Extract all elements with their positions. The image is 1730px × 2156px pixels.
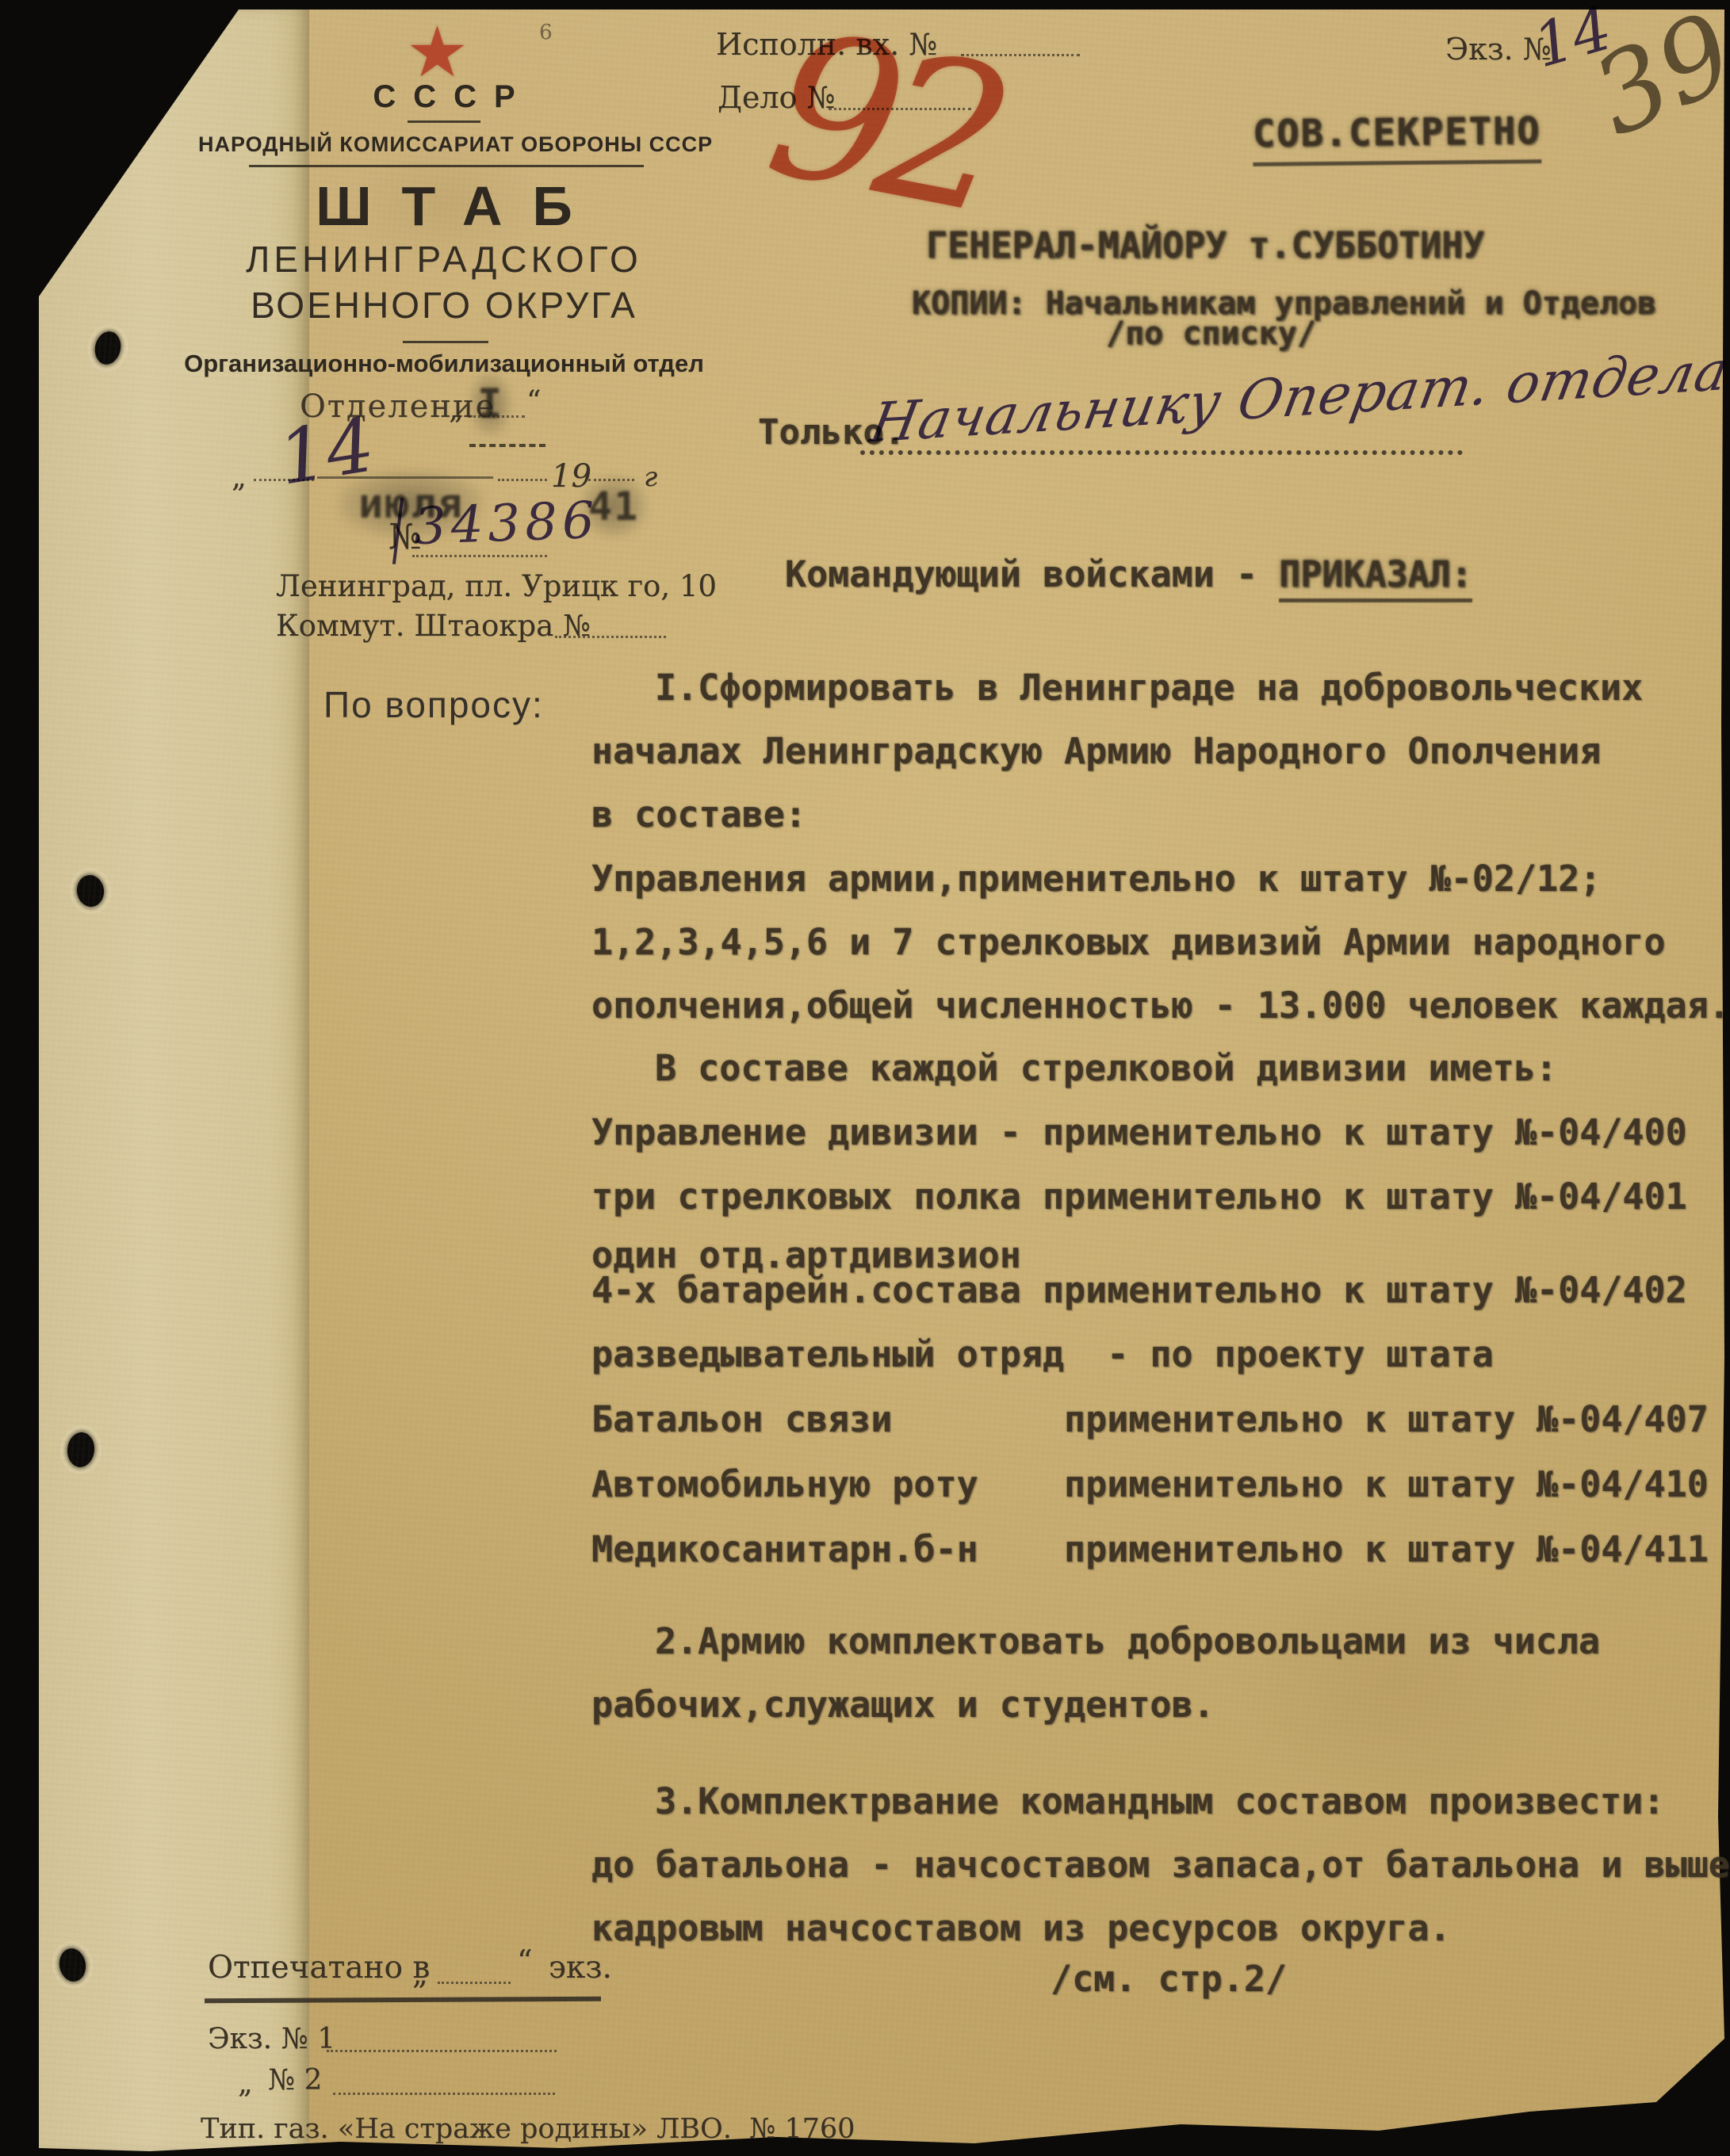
letterhead-department: Организационно-мобилизационный отдел [182,350,706,378]
order-body-line: Батальон связи применительно к штату №-0… [591,1398,1709,1440]
copy1-label: Экз. № 1 [208,2023,335,2055]
order-body-line: 2.Армию комплектовать добровольцами из ч… [655,1620,1600,1662]
addressee-line3: /по списку/ [1106,315,1316,352]
letterhead-commissariat: НАРОДНЫЙ КОМИССАРИАТ ОБОРОНЫ СССР [198,132,690,157]
printed-close-quote: “ [517,1944,532,1978]
letterhead-hq: ШТАБ [198,174,690,238]
order-body-line: 1,2,3,4,5,6 и 7 стрелковых дивизий Армии… [591,921,1666,963]
order-body-line: 4-х батарейн.состава применительно к шта… [591,1269,1687,1311]
printed-open-quote: „ [412,1956,428,1991]
addressee-line1: ГЕНЕРАЛ-МАЙОРУ т.СУББОТИНУ [926,224,1484,266]
copy2-line [333,2072,555,2095]
order-body-line: В составе каждой стрелковой дивизии имет… [655,1047,1557,1089]
order-body-line: разведывательный отряд - по проекту штат… [591,1333,1494,1375]
date-open-quote: „ [232,461,247,494]
case-number-handwritten: 92 [753,0,1012,258]
stray-ink-mark: 6 [539,21,553,44]
letterhead-divider [408,120,480,123]
printer-imprint: Тип. газ. «На страже родины» ЛВО. № 1760 [201,2113,855,2145]
outgoing-number-handwritten: 34386 [413,491,600,556]
letterhead-country: СССР [198,79,690,115]
printed-count-line [438,1956,511,1984]
binding-margin-strip [39,10,309,2153]
secrecy-stamp: СОВ.СЕКРЕТНО [1253,109,1541,166]
order-lead-line: Командующий войсками - ПРИКАЗАЛ: [785,553,1472,602]
order-body-line: до батальона - начсоставом запаса,от бат… [591,1844,1730,1886]
order-see-next-page: /см. стр.2/ [1051,1958,1287,2000]
order-body-line: Автомобильную роту применительно к штату… [591,1463,1709,1505]
scanned-document-page: Исполн. вх. № Дело № 92 Экз. № 14 39 СОВ… [0,0,1730,2156]
order-body-line: Управления армии,применительно к штату №… [591,858,1601,900]
order-body-line: рабочих,служащих и студентов. [591,1684,1215,1726]
date-line-c [498,457,547,481]
subject-label: По вопросу: [323,683,544,726]
letterhead-divider [249,165,644,167]
order-body-line: кадровым начсоставом из ресурсов округа. [591,1907,1451,1949]
order-body-line: ополчения,общей численностью - 13.000 че… [591,984,1730,1026]
copy1-line [327,2029,557,2052]
switchboard-line [555,615,666,638]
section-close-quote: “ [526,385,541,418]
order-body-line: в составе: [591,793,806,835]
printed-in-label: Отпечатано в [208,1950,430,1986]
letterhead-hq-district1: ЛЕНИНГРАДСКОГО [198,238,690,281]
letterhead-address: Ленинград, пл. Урицк го, 10 [276,569,717,603]
secrecy-stamp-text: СОВ.СЕКРЕТНО [1253,109,1541,166]
letterhead-hq-district2: ВОЕННОГО ОКРУГА [198,284,690,327]
order-body-line: 3.Комплектрвание командным составом прои… [655,1780,1664,1822]
copy2-quote: „ [238,2067,253,2100]
order-lead-verb: ПРИКАЗАЛ: [1279,553,1472,602]
order-body-line: Медикосанитарн.б-н применительно к штату… [591,1528,1709,1570]
printed-suffix: экз. [549,1950,612,1986]
section-number-stamp-text: I [477,380,503,428]
section-dash-line [469,444,545,447]
order-body-line: I.Сформировать в Ленинграде на доброволь… [655,667,1643,709]
section-number-stamp: I [477,380,503,428]
order-body-line: началах Ленинградскую Армию Народного Оп… [591,730,1601,772]
order-lead-text: Командующий войсками - [785,553,1279,595]
paper-stain [1228,1555,1561,1809]
order-body-line: Управление дивизии - применительно к шта… [591,1111,1687,1153]
copy2-label: № 2 [268,2064,322,2097]
letterhead-switchboard: Коммут. Штаокра № [276,609,591,643]
section-open-quote: „ [449,393,464,426]
order-body-line: три стрелковых полка применительно к шта… [591,1175,1687,1218]
letterhead-divider [403,341,488,343]
